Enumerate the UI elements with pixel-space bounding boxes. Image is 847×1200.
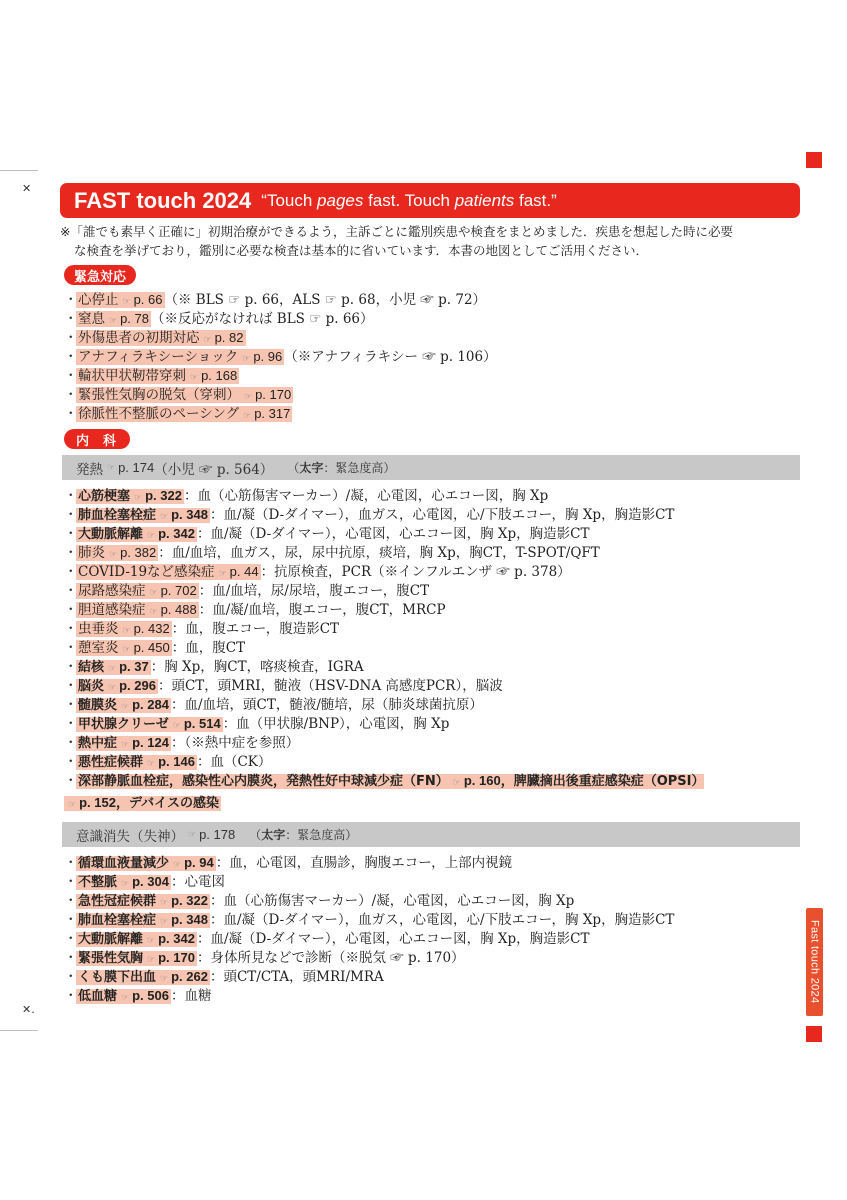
list-item: ・熱中症☞p. 124：（※熱中症を参照）: [64, 733, 804, 752]
page-number: p. 82: [215, 330, 244, 345]
category-title: 意識消失（失神）: [76, 825, 184, 845]
disease-name: 低血糖: [78, 989, 117, 1004]
list-item: ・COVID-19など感染症☞p. 44：抗原検査，PCR（※インフルエンザ ☞…: [64, 562, 804, 581]
page-number: p. 170: [158, 950, 195, 965]
page-number: p. 96: [253, 349, 282, 364]
tests-detail: ：血，腹CT: [172, 640, 245, 656]
disease-link[interactable]: 胆道感染症☞p. 488: [76, 602, 199, 618]
page-number: p. 702: [161, 583, 197, 598]
page-ref-icon: ☞: [109, 550, 117, 560]
list-item: ・輪状甲状靭帯穿刺☞p. 168: [64, 366, 804, 385]
disease-name: 輪状甲状靭帯穿刺: [78, 368, 186, 384]
bullet: ・: [64, 620, 76, 639]
bullet: ・: [64, 696, 76, 715]
page-ref-icon: ☞: [147, 955, 155, 965]
category-child-ref: （小児 ☞ p. 564）: [154, 458, 273, 478]
list-item: ・緊張性気胸の脱気（穿刺）☞p. 170: [64, 385, 804, 404]
bullet: ・: [64, 873, 76, 892]
intro-note: ※「誰でも素早く正確に」初期治療ができるよう，主訴ごとに鑑別疾患や検査をまとめま…: [60, 222, 808, 260]
disease-link[interactable]: 緊張性気胸の脱気（穿刺）☞p. 170: [76, 387, 293, 403]
bullet: ・: [64, 987, 76, 1006]
list-item: ・結核☞p. 37：胸 Xp，胸CT，喀痰検査，IGRA: [64, 657, 804, 676]
page-number: p. 304: [132, 874, 169, 889]
crop-line-bottom: [0, 1030, 38, 1031]
page-number: p. 322: [145, 488, 182, 503]
page-number: p. 342: [158, 526, 195, 541]
list-item: ・窒息☞p. 78（※反応がなければ BLS ☞ p. 66）: [64, 309, 804, 328]
list-item: ・緊張性気胸☞p. 170：身体所見などで診断（※脱気 ☞ p. 170）: [64, 948, 804, 967]
page-number: p. 348: [171, 507, 208, 522]
disease-link[interactable]: アナフィラキシーショック☞p. 96: [76, 349, 284, 365]
intro-line-1: ※「誰でも素早く正確に」初期治療ができるよう，主訴ごとに鑑別疾患や検査をまとめま…: [60, 224, 733, 239]
title-banner: FAST touch 2024 “Touch pages fast. Touch…: [60, 183, 800, 218]
urgency-note: （太字：緊急度高）: [249, 826, 357, 843]
page-ref-icon: ☞: [147, 531, 155, 541]
tests-detail: ：抗原検査，PCR（※インフルエンザ ☞ p. 378）: [261, 564, 571, 580]
page-ref-icon: ☞: [160, 917, 168, 927]
page-number: p. 66: [134, 292, 163, 307]
bullet: ・: [64, 544, 76, 563]
page-ref-icon: ☞: [219, 569, 227, 579]
disease-link[interactable]: 大動脈解離☞p. 342: [76, 527, 197, 542]
syncope-differential-list: ・循環血液量減少☞p. 94：血，心電図，直腸診，胸腹エコー，上部内視鏡 ・不整…: [64, 853, 804, 1005]
page-number: p. 44: [230, 564, 259, 579]
page-ref-icon: ☞: [121, 879, 129, 889]
side-index-tab[interactable]: Fast touch 2024: [806, 908, 823, 1016]
bullet: ・: [64, 734, 76, 753]
page-ref-icon: ☞: [68, 800, 76, 810]
list-item: ・大動脈解離☞p. 342：血/凝（D-ダイマー），心電図，心エコー図，胸 Xp…: [64, 524, 804, 543]
page-ref-icon: ☞: [242, 354, 250, 364]
bullet: ・: [64, 949, 76, 968]
page-number: p. 317: [254, 406, 290, 421]
page-ref-icon: ☞: [123, 645, 131, 655]
tests-detail: ：心電図: [171, 874, 225, 890]
disease-names: 深部静脈血栓症，感染性心内膜炎，発熱性好中球減少症（FN）: [78, 774, 449, 789]
page-number: p. 78: [120, 311, 149, 326]
section-label-internal-medicine: 内科: [64, 429, 130, 449]
bullet: ・: [64, 348, 76, 367]
page-number: p. 124: [132, 735, 169, 750]
disease-name: 窒息: [78, 311, 105, 327]
bullet: ・: [64, 329, 76, 348]
tests-detail: ：血（心筋傷害マーカー）/凝，心電図，心エコー図，胸 Xp: [184, 488, 548, 504]
disease-name: 緊張性気胸: [78, 951, 143, 966]
disease-link[interactable]: 結核☞p. 37: [76, 660, 151, 675]
disease-link[interactable]: 脳炎☞p. 296: [76, 679, 158, 694]
bullet: ・: [64, 772, 76, 791]
tests-detail: ：血/血培，頭CT，髄液/髄培，尿（肺炎球菌抗原）: [171, 697, 483, 713]
bullet: ・: [64, 310, 76, 329]
tests-detail: ：血（甲状腺/BNP），心電図，胸 Xp: [223, 716, 450, 732]
tests-detail: ：血，心電図，直腸診，胸腹エコー，上部内視鏡: [216, 855, 512, 871]
list-item: ・外傷患者の初期対応☞p. 82: [64, 328, 804, 347]
disease-name: 大動脈解離: [78, 932, 143, 947]
page-number: p. 506: [132, 988, 169, 1003]
list-item: ・肺血栓塞栓症☞p. 348：血/凝（D-ダイマー），血ガス，心電図，心/下肢エ…: [64, 505, 804, 524]
disease-link[interactable]: 憩室炎☞p. 450: [76, 640, 172, 656]
page-ref-icon: ☞: [190, 373, 198, 383]
tests-detail: ：血/凝/血培，腹エコー，腹CT，MRCP: [199, 602, 446, 618]
disease-link[interactable]: 肺血栓塞栓症☞p. 348: [76, 913, 210, 928]
disease-name: 徐脈性不整脈のペーシング: [78, 406, 239, 422]
banner-title: FAST touch 2024: [74, 188, 251, 214]
list-item: ・心停止☞p. 66（※ BLS ☞ p. 66，ALS ☞ p. 68，小児 …: [64, 290, 804, 309]
page-number: p. 488: [161, 602, 197, 617]
tests-detail: ：頭CT/CTA，頭MRI/MRA: [210, 969, 384, 985]
list-item-other-causes: ・深部静脈血栓症，感染性心内膜炎，発熱性好中球減少症（FN）☞p. 160，脾臓…: [64, 771, 804, 815]
bullet: ・: [64, 892, 76, 911]
page-ref-icon: ☞: [121, 702, 129, 712]
bullet: ・: [64, 968, 76, 987]
disease-name: 胆道感染症: [78, 602, 146, 618]
edge-index-square-bottom: [806, 1026, 822, 1042]
page-number: p. 160: [464, 773, 501, 788]
page-number: p. 170: [255, 387, 291, 402]
page-number: p. 296: [119, 678, 156, 693]
category-header-fever: 発熱 ☞ p. 174 （小児 ☞ p. 564） （太字：緊急度高）: [62, 455, 800, 480]
disease-name: 大動脈解離: [78, 527, 143, 542]
crop-mark-top: ✕: [22, 182, 31, 195]
disease-name: 尿路感染症: [78, 583, 146, 599]
bullet: ・: [64, 930, 76, 949]
urgency-note: （太字：緊急度高）: [287, 459, 395, 476]
page-number: p. 168: [201, 368, 237, 383]
list-item: ・虫垂炎☞p. 432：血，腹エコー，腹造影CT: [64, 619, 804, 638]
page-ref-icon: ☞: [147, 936, 155, 946]
page-number: p. 342: [158, 931, 195, 946]
tests-detail: ：血/凝（D-ダイマー），心電図，心エコー図，胸 Xp，胸造影CT: [197, 526, 590, 542]
tests-detail: （※アナフィラキシー ☞ p. 106）: [284, 349, 496, 365]
banner-motto: “Touch pages fast. Touch patients fast.”: [261, 191, 557, 211]
disease-link[interactable]: 尿路感染症☞p. 702: [76, 583, 199, 599]
page-ref-icon: ☞: [243, 411, 251, 421]
disease-link[interactable]: 急性冠症候群☞p. 322: [76, 894, 210, 909]
page-number: p. 284: [132, 697, 169, 712]
tests-detail: （※反応がなければ BLS ☞ p. 66）: [151, 311, 374, 327]
disease-link[interactable]: 虫垂炎☞p. 432: [76, 621, 172, 637]
disease-link[interactable]: 肺血栓塞栓症☞p. 348: [76, 508, 210, 523]
disease-link[interactable]: 髄膜炎☞p. 284: [76, 698, 171, 713]
page-ref-icon: ☞: [173, 860, 181, 870]
disease-link[interactable]: 不整脈☞p. 304: [76, 875, 171, 890]
page-ref-icon: ☞: [188, 830, 196, 840]
list-item: ・低血糖☞p. 506：血糖: [64, 986, 804, 1005]
disease-name: 心停止: [78, 292, 119, 308]
bullet: ・: [64, 386, 76, 405]
disease-name: 外傷患者の初期対応: [78, 330, 200, 346]
list-item: ・甲状腺クリーゼ☞p. 514：血（甲状腺/BNP），心電図，胸 Xp: [64, 714, 804, 733]
category-header-syncope: 意識消失（失神） ☞ p. 178 （太字：緊急度高）: [62, 822, 800, 847]
page-number: p. 94: [184, 855, 214, 870]
list-item: ・肺炎☞p. 382：血/血培，血ガス，尿，尿中抗原，痰培，胸 Xp，胸CT，T…: [64, 543, 804, 562]
disease-name: くも膜下出血: [78, 970, 156, 985]
disease-name: 急性冠症候群: [78, 894, 156, 909]
bullet: ・: [64, 525, 76, 544]
disease-link[interactable]: 熱中症☞p. 124: [76, 736, 171, 751]
disease-link[interactable]: 悪性症候群☞p. 146: [76, 755, 197, 770]
disease-link[interactable]: 低血糖☞p. 506: [76, 989, 171, 1004]
list-item: ・尿路感染症☞p. 702：血/血培，尿/尿培，腹エコー，腹CT: [64, 581, 804, 600]
page-ref-icon: ☞: [147, 759, 155, 769]
disease-link[interactable]: 徐脈性不整脈のペーシング☞p. 317: [76, 406, 292, 422]
list-item: ・心筋梗塞☞p. 322：血（心筋傷害マーカー）/凝，心電図，心エコー図，胸 X…: [64, 486, 804, 505]
disease-name: 脳炎: [78, 679, 104, 694]
page-number: p. 152: [79, 795, 116, 810]
bullet: ・: [64, 563, 76, 582]
disease-link[interactable]: 緊張性気胸☞p. 170: [76, 951, 197, 966]
disease-link[interactable]: 心停止☞p. 66: [76, 292, 165, 308]
page-ref-icon: ☞: [123, 297, 131, 307]
disease-name: 熱中症: [78, 736, 117, 751]
list-item: ・大動脈解離☞p. 342：血/凝（D-ダイマー），心電図，心エコー図，胸 Xp…: [64, 929, 804, 948]
bullet: ・: [64, 601, 76, 620]
bullet: ・: [64, 405, 76, 424]
bullet: ・: [64, 639, 76, 658]
bullet: ・: [64, 367, 76, 386]
page-ref-icon: ☞: [123, 626, 131, 636]
page-ref-icon: ☞: [121, 993, 129, 1003]
disease-link[interactable]: 窒息☞p. 78: [76, 311, 151, 327]
disease-name: 虫垂炎: [78, 621, 119, 637]
category-page-link[interactable]: p. 178: [199, 827, 235, 842]
page-ref-icon: ☞: [453, 778, 461, 788]
disease-name: 緊張性気胸の脱気（穿刺）: [78, 387, 240, 403]
page-ref-icon: ☞: [160, 512, 168, 522]
fever-differential-list: ・心筋梗塞☞p. 322：血（心筋傷害マーカー）/凝，心電図，心エコー図，胸 X…: [64, 486, 804, 815]
disease-name: 結核: [78, 660, 104, 675]
tests-detail: ：血/凝（D-ダイマー），心電図，心エコー図，胸 Xp，胸造影CT: [197, 931, 590, 947]
page-ref-icon: ☞: [109, 316, 117, 326]
other-causes-link[interactable]: 深部静脈血栓症，感染性心内膜炎，発熱性好中球減少症（FN）☞p. 160，脾臓摘…: [64, 774, 704, 811]
disease-link[interactable]: 心筋梗塞☞p. 322: [76, 489, 184, 504]
disease-name: アナフィラキシーショック: [78, 349, 238, 365]
tests-detail: ：（※熱中症を参照）: [171, 735, 299, 751]
tests-detail: ：血/血培，血ガス，尿，尿中抗原，痰培，胸 Xp，胸CT，T-SPOT/QFT: [158, 545, 600, 561]
disease-link[interactable]: 肺炎☞p. 382: [76, 545, 158, 561]
page-number: p. 348: [171, 912, 208, 927]
list-item: ・脳炎☞p. 296：頭CT，頭MRI，髄液（HSV-DNA 高感度PCR），脳…: [64, 676, 804, 695]
list-item: ・悪性症候群☞p. 146：血（CK）: [64, 752, 804, 771]
page-number: p. 37: [119, 659, 149, 674]
page-ref-icon: ☞: [244, 392, 252, 402]
page-ref-icon: ☞: [160, 898, 168, 908]
tests-detail: ：胸 Xp，胸CT，喀痰検査，IGRA: [151, 659, 364, 675]
page-ref-icon: ☞: [173, 721, 181, 731]
tests-detail: （※ BLS ☞ p. 66，ALS ☞ p. 68，小児 ☞ p. 72）: [165, 292, 487, 308]
disease-name: 肺血栓塞栓症: [78, 913, 156, 928]
page-number: p. 146: [158, 754, 195, 769]
bullet: ・: [64, 753, 76, 772]
disease-name: 肺炎: [78, 545, 105, 561]
bullet: ・: [64, 677, 76, 696]
disease-link[interactable]: 循環血液量減少☞p. 94: [76, 856, 216, 871]
tests-detail: ：血（心筋傷害マーカー）/凝，心電図，心エコー図，胸 Xp: [210, 893, 574, 909]
list-item: ・不整脈☞p. 304：心電図: [64, 872, 804, 891]
bullet: ・: [64, 487, 76, 506]
disease-name: 憩室炎: [78, 640, 119, 656]
category-title: 発熱: [76, 458, 103, 478]
crop-line-top: [0, 170, 38, 171]
page-number: p. 322: [171, 893, 208, 908]
page-number: p. 382: [120, 545, 156, 560]
disease-name: 髄膜炎: [78, 698, 117, 713]
section-label-emergency: 緊急対応: [64, 265, 136, 285]
page-ref-icon: ☞: [108, 664, 116, 674]
tests-detail: ：血糖: [171, 988, 212, 1004]
disease-name: COVID-19など感染症: [78, 564, 215, 580]
page-number: p. 262: [171, 969, 208, 984]
tests-detail: ：血（CK）: [197, 754, 271, 770]
page-ref-icon: ☞: [134, 493, 142, 503]
list-item: ・憩室炎☞p. 450：血，腹CT: [64, 638, 804, 657]
page-ref-icon: ☞: [108, 683, 116, 693]
bullet: ・: [64, 854, 76, 873]
edge-index-square-top: [806, 152, 822, 168]
bullet: ・: [64, 291, 76, 310]
disease-name: 心筋梗塞: [78, 489, 130, 504]
list-item: ・肺血栓塞栓症☞p. 348：血/凝（D-ダイマー），血ガス，心電図，心/下肢エ…: [64, 910, 804, 929]
tests-detail: ：頭CT，頭MRI，髄液（HSV-DNA 高感度PCR），脳波: [158, 678, 503, 694]
page-number: p. 432: [134, 621, 170, 636]
disease-link[interactable]: 甲状腺クリーゼ☞p. 514: [76, 717, 223, 732]
page-number: p. 514: [184, 716, 221, 731]
disease-names: ，デバイスの感染: [116, 796, 219, 811]
bullet: ・: [64, 911, 76, 930]
tests-detail: ：血/凝（D-ダイマー），血ガス，心電図，心/下肢エコー，胸 Xp，胸造影CT: [210, 507, 674, 523]
tests-detail: ：身体所見などで診断（※脱気 ☞ p. 170）: [197, 950, 465, 966]
bullet: ・: [64, 658, 76, 677]
list-item: ・胆道感染症☞p. 488：血/凝/血培，腹エコー，腹CT，MRCP: [64, 600, 804, 619]
disease-name: 循環血液量減少: [78, 856, 169, 871]
intro-line-2: な検査を挙げており，鑑別に必要な検査は基本的に省いています．本書の地図としてご活…: [60, 241, 808, 260]
list-item: ・くも膜下出血☞p. 262：頭CT/CTA，頭MRI/MRA: [64, 967, 804, 986]
bullet: ・: [64, 582, 76, 601]
disease-link[interactable]: 輪状甲状靭帯穿刺☞p. 168: [76, 368, 239, 384]
page-ref-icon: ☞: [150, 607, 158, 617]
page-ref-icon: ☞: [107, 463, 115, 473]
tests-detail: ：血，腹エコー，腹造影CT: [172, 621, 339, 637]
disease-name: 悪性症候群: [78, 755, 143, 770]
crop-mark-bottom: ✕.: [22, 1003, 35, 1016]
disease-link[interactable]: くも膜下出血☞p. 262: [76, 970, 210, 985]
disease-link[interactable]: 大動脈解離☞p. 342: [76, 932, 197, 947]
list-item: ・急性冠症候群☞p. 322：血（心筋傷害マーカー）/凝，心電図，心エコー図，胸…: [64, 891, 804, 910]
list-item: ・髄膜炎☞p. 284：血/血培，頭CT，髄液/髄培，尿（肺炎球菌抗原）: [64, 695, 804, 714]
disease-name: 肺血栓塞栓症: [78, 508, 156, 523]
bullet: ・: [64, 715, 76, 734]
page-number: p. 450: [134, 640, 170, 655]
tests-detail: ：血/血培，尿/尿培，腹エコー，腹CT: [199, 583, 429, 599]
page-ref-icon: ☞: [204, 335, 212, 345]
bullet: ・: [64, 506, 76, 525]
disease-link[interactable]: 外傷患者の初期対応☞p. 82: [76, 330, 246, 346]
list-item: ・循環血液量減少☞p. 94：血，心電図，直腸診，胸腹エコー，上部内視鏡: [64, 853, 804, 872]
category-page-link[interactable]: p. 174: [118, 460, 154, 475]
list-item: ・アナフィラキシーショック☞p. 96（※アナフィラキシー ☞ p. 106）: [64, 347, 804, 366]
disease-name: 甲状腺クリーゼ: [78, 717, 169, 732]
disease-names: ，脾臓摘出後重症感染症（OPSI）: [501, 774, 705, 789]
disease-link[interactable]: COVID-19など感染症☞p. 44: [76, 564, 261, 580]
page-ref-icon: ☞: [121, 740, 129, 750]
tests-detail: ：血/凝（D-ダイマー），血ガス，心電図，心/下肢エコー，胸 Xp，胸造影CT: [210, 912, 674, 928]
page-ref-icon: ☞: [160, 974, 168, 984]
disease-name: 不整脈: [78, 875, 117, 890]
list-item: ・徐脈性不整脈のペーシング☞p. 317: [64, 404, 804, 423]
emergency-list: ・心停止☞p. 66（※ BLS ☞ p. 66，ALS ☞ p. 68，小児 …: [64, 290, 804, 423]
page-ref-icon: ☞: [150, 588, 158, 598]
